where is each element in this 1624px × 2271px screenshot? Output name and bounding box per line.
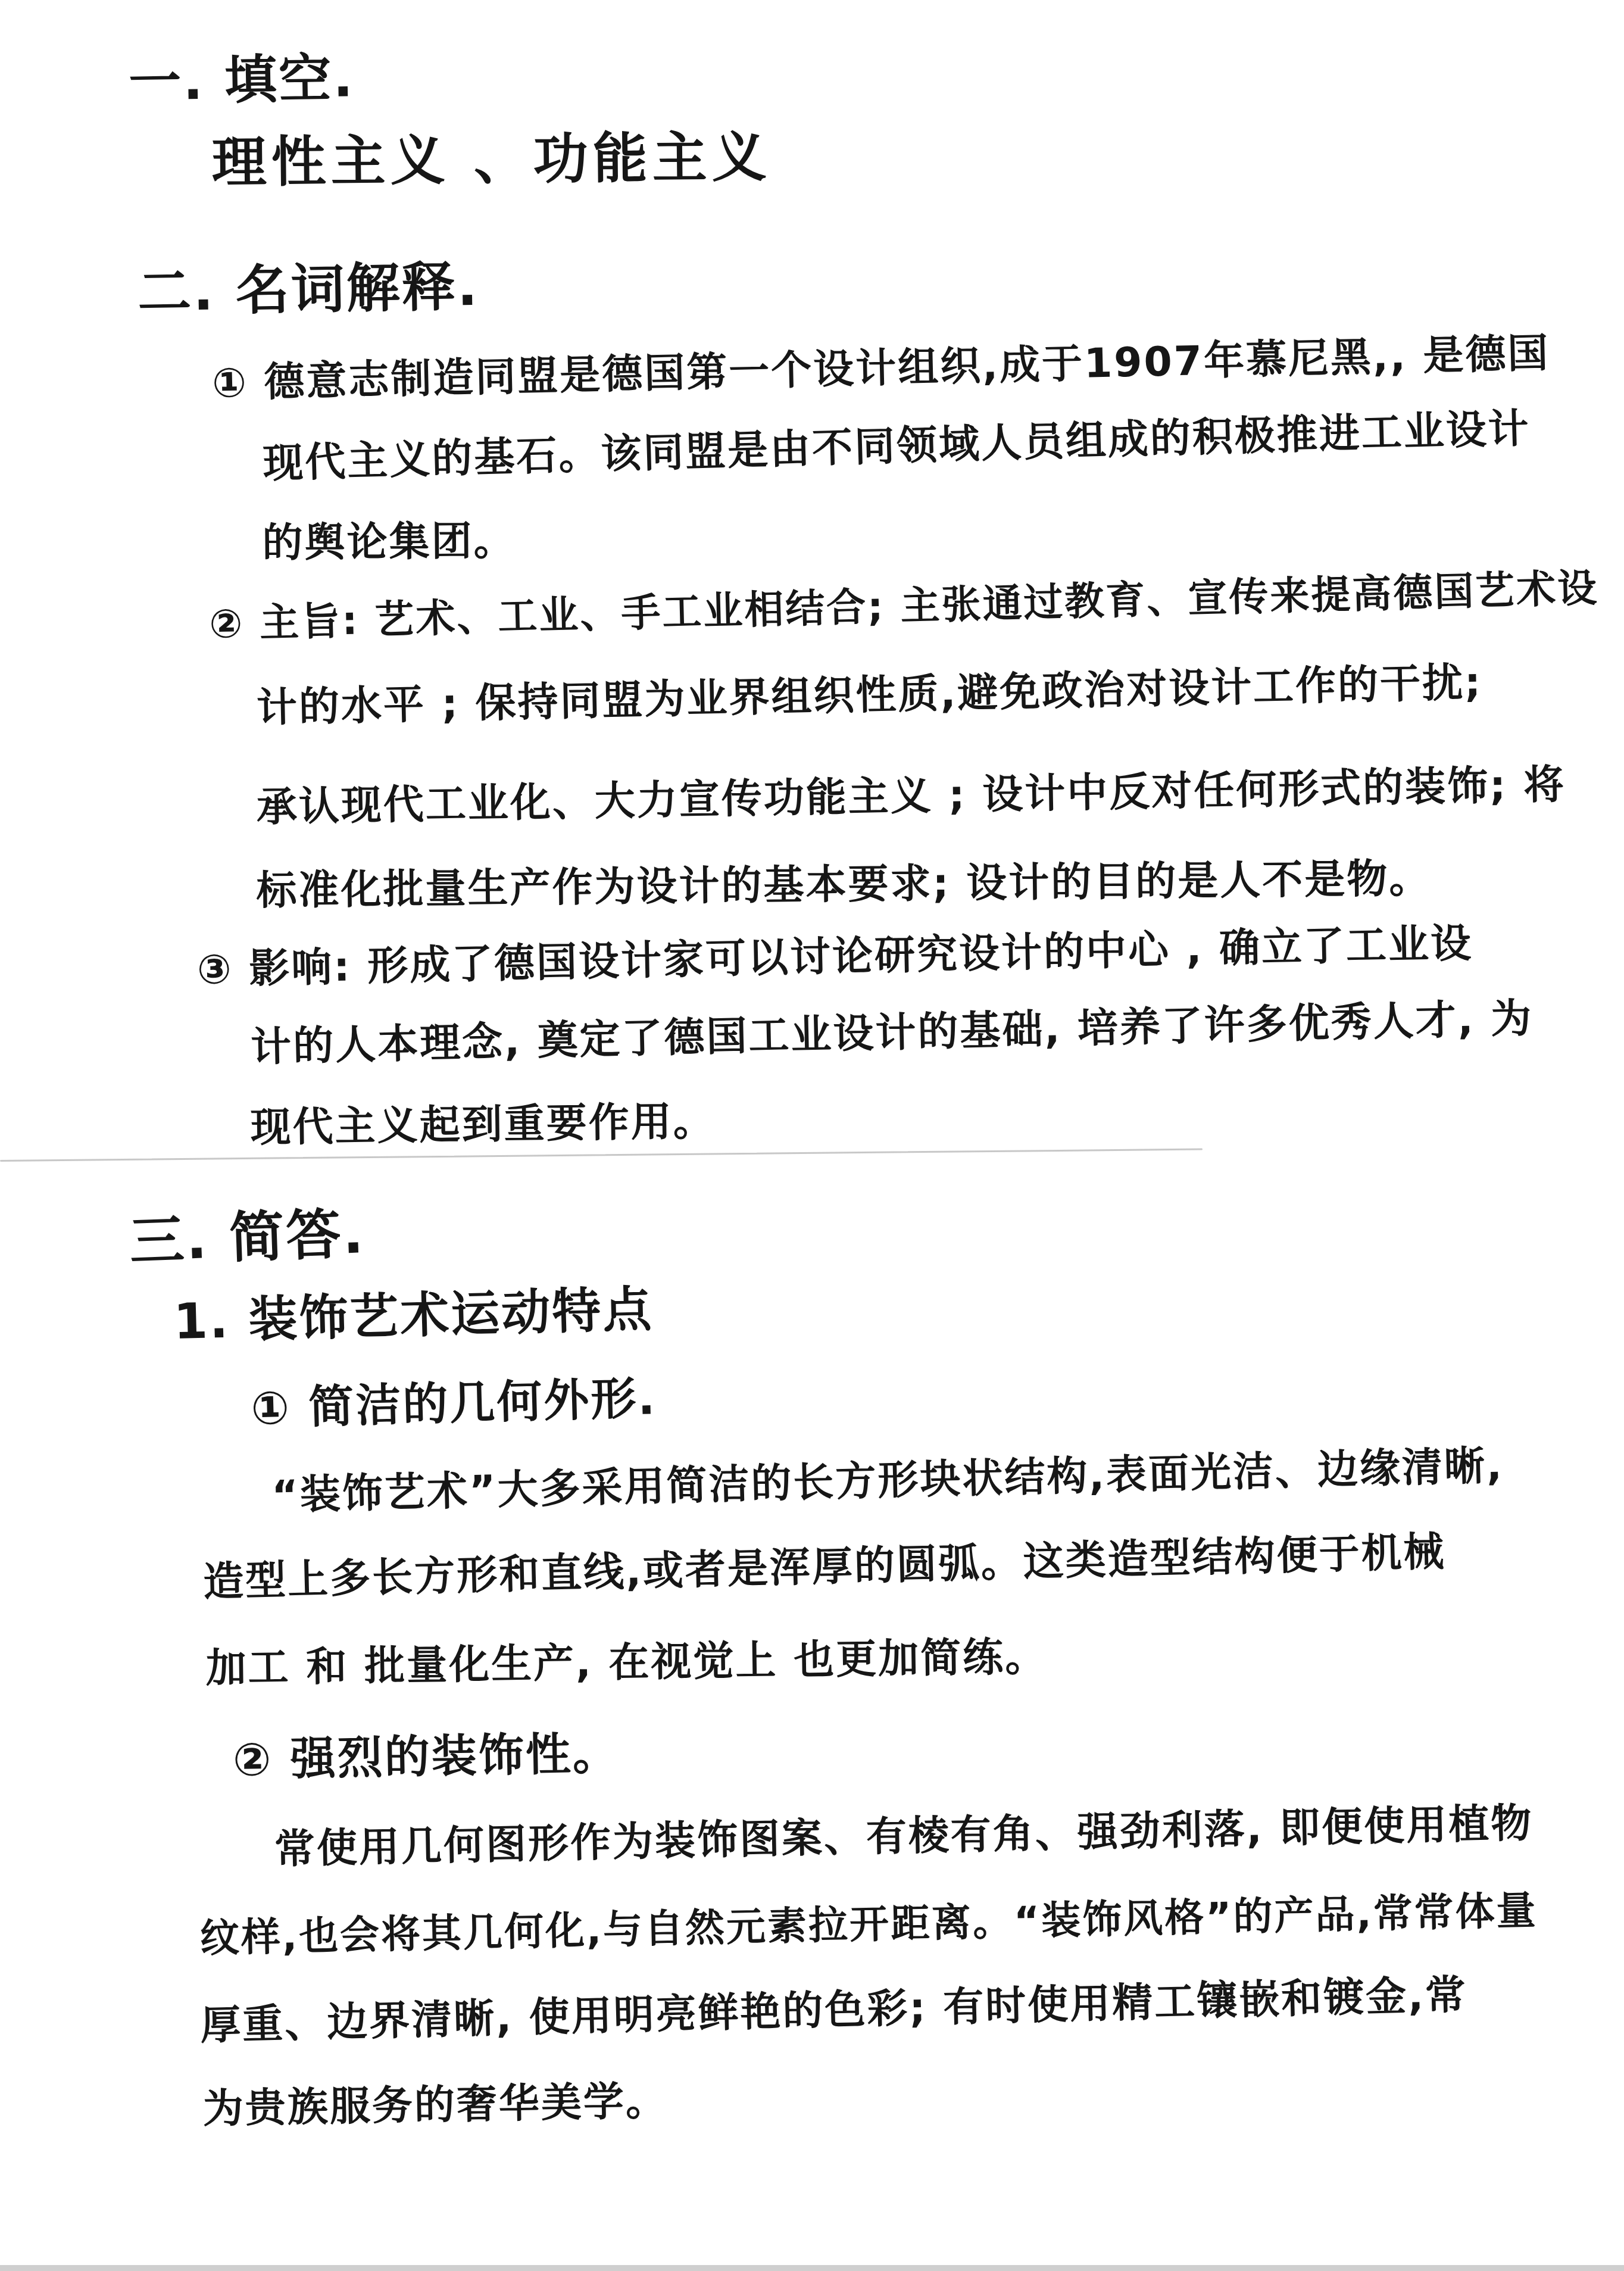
answer-line: 造型上多长方形和直线,或者是浑厚的圆弧。这类造型结构便于机械 [202,1520,1447,1608]
fill-blank-answer: 理性主义 、功能主义 [211,113,772,198]
fill-blank-heading: 一. 填空. [128,36,355,116]
term-definition-line: ② 主旨: 艺术、工业、手工业相结合; 主张通过教育、宣传来提高德国艺术设 [208,556,1599,649]
point-heading: ② 强烈的装饰性。 [232,1717,620,1789]
answer-line: 纹样,也会将其几何化,与自然元素拉开距离。“装饰风格”的产品,常常体量 [199,1879,1538,1963]
term-definition-line: 计的人本理念, 奠定了德国工业设计的基础, 培养了许多优秀人才, 为 [250,986,1534,1073]
term-definition-line: ① 德意志制造同盟是德国第一个设计组织,成于1907年慕尼黑,, 是德国 [211,321,1550,409]
term-definition-line: 计的水平 ; 保持同盟为业界组织性质,避免政治对设计工作的干扰; [256,650,1483,734]
term-definition-line: 标准化批量生产作为设计的基本要求; 设计的目的是人不是物。 [256,846,1432,916]
point-heading: ① 简洁的几何外形. [250,1362,657,1437]
term-definition-line: 的舆论集团。 [262,509,516,569]
answer-line: 厚重、边界清晰, 使用明亮鲜艳的色彩; 有时使用精工镶嵌和镀金,常 [199,1963,1468,2051]
short-answer-heading: 三. 简答. [128,1190,366,1277]
term-definition-line: ③ 影响: 形成了德国设计家可以讨论研究设计的中心 , 确立了工业设 [196,911,1473,996]
term-definition-line: 承认现代工业化、大力宣传功能主义 ; 设计中反对任何形式的装饰; 将 [256,753,1566,833]
notebook-page: 一. 填空. 理性主义 、功能主义 二. 名词解释. ① 德意志制造同盟是德国第… [0,0,1624,2271]
paper-crease-line [0,1149,1203,1162]
terms-heading: 二. 名词解释. [137,243,480,326]
answer-line: 常使用几何图形作为装饰图案、有棱有角、强劲利落, 即便使用植物 [274,1791,1534,1875]
answer-line: 加工 和 批量化生产, 在视觉上 也更加简练。 [205,1624,1048,1694]
term-definition-line: 现代主义的基石。该同盟是由不同领域人员组成的积极推进工业设计 [262,397,1531,489]
term-definition-line: 现代主义起到重要作用。 [250,1089,716,1153]
answer-line: 为贵族服务的奢华美学。 [202,2069,669,2135]
scan-bottom-edge [0,2265,1624,2271]
answer-line: “装饰艺术”大多采用简洁的长方形块状结构,表面光洁、边缘清晰, [271,1433,1504,1521]
question-title: 1. 装饰艺术运动特点 [173,1271,654,1353]
